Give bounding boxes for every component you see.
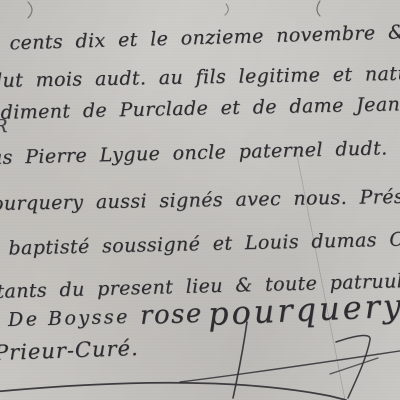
manuscript-line-2: dut mois audt. au fils legitime et natur… — [0, 61, 400, 92]
closing-title: Prieur-Curé. — [0, 336, 139, 365]
signature-last-name: pourquery — [207, 286, 400, 333]
underline-flourish-left — [0, 383, 346, 400]
underline-flourish-right — [180, 350, 400, 382]
manuscript-line-6: t baptisté soussigné et Louis dumas Cler… — [0, 226, 400, 260]
manuscript-line-1: x cents dix et le onzieme novembre & de … — [0, 19, 400, 55]
manuscript-line-4: us Pierre Lygue oncle paternel dudt. bap… — [0, 135, 400, 169]
top-edge-stroke-3 — [317, 1, 320, 16]
signature-first-name: rose — [139, 299, 203, 331]
margin-letter-fragment: R — [0, 116, 8, 137]
top-edge-stroke-1 — [28, 2, 32, 18]
manuscript-line-5: ourquery aussi signés avec nous. Présent… — [0, 184, 400, 215]
signature-descender — [233, 322, 247, 398]
top-edge-stroke-2 — [225, 4, 228, 15]
manuscript-page: x cents dix et le onzieme novembre & de … — [0, 0, 400, 400]
officiant-name: De Boysse — [8, 306, 130, 331]
manuscript-line-3: udiment de Purclade et de dame Jeanne bl… — [0, 92, 400, 124]
signature-paraph-cross — [330, 358, 378, 374]
signature-paraph — [336, 335, 370, 398]
